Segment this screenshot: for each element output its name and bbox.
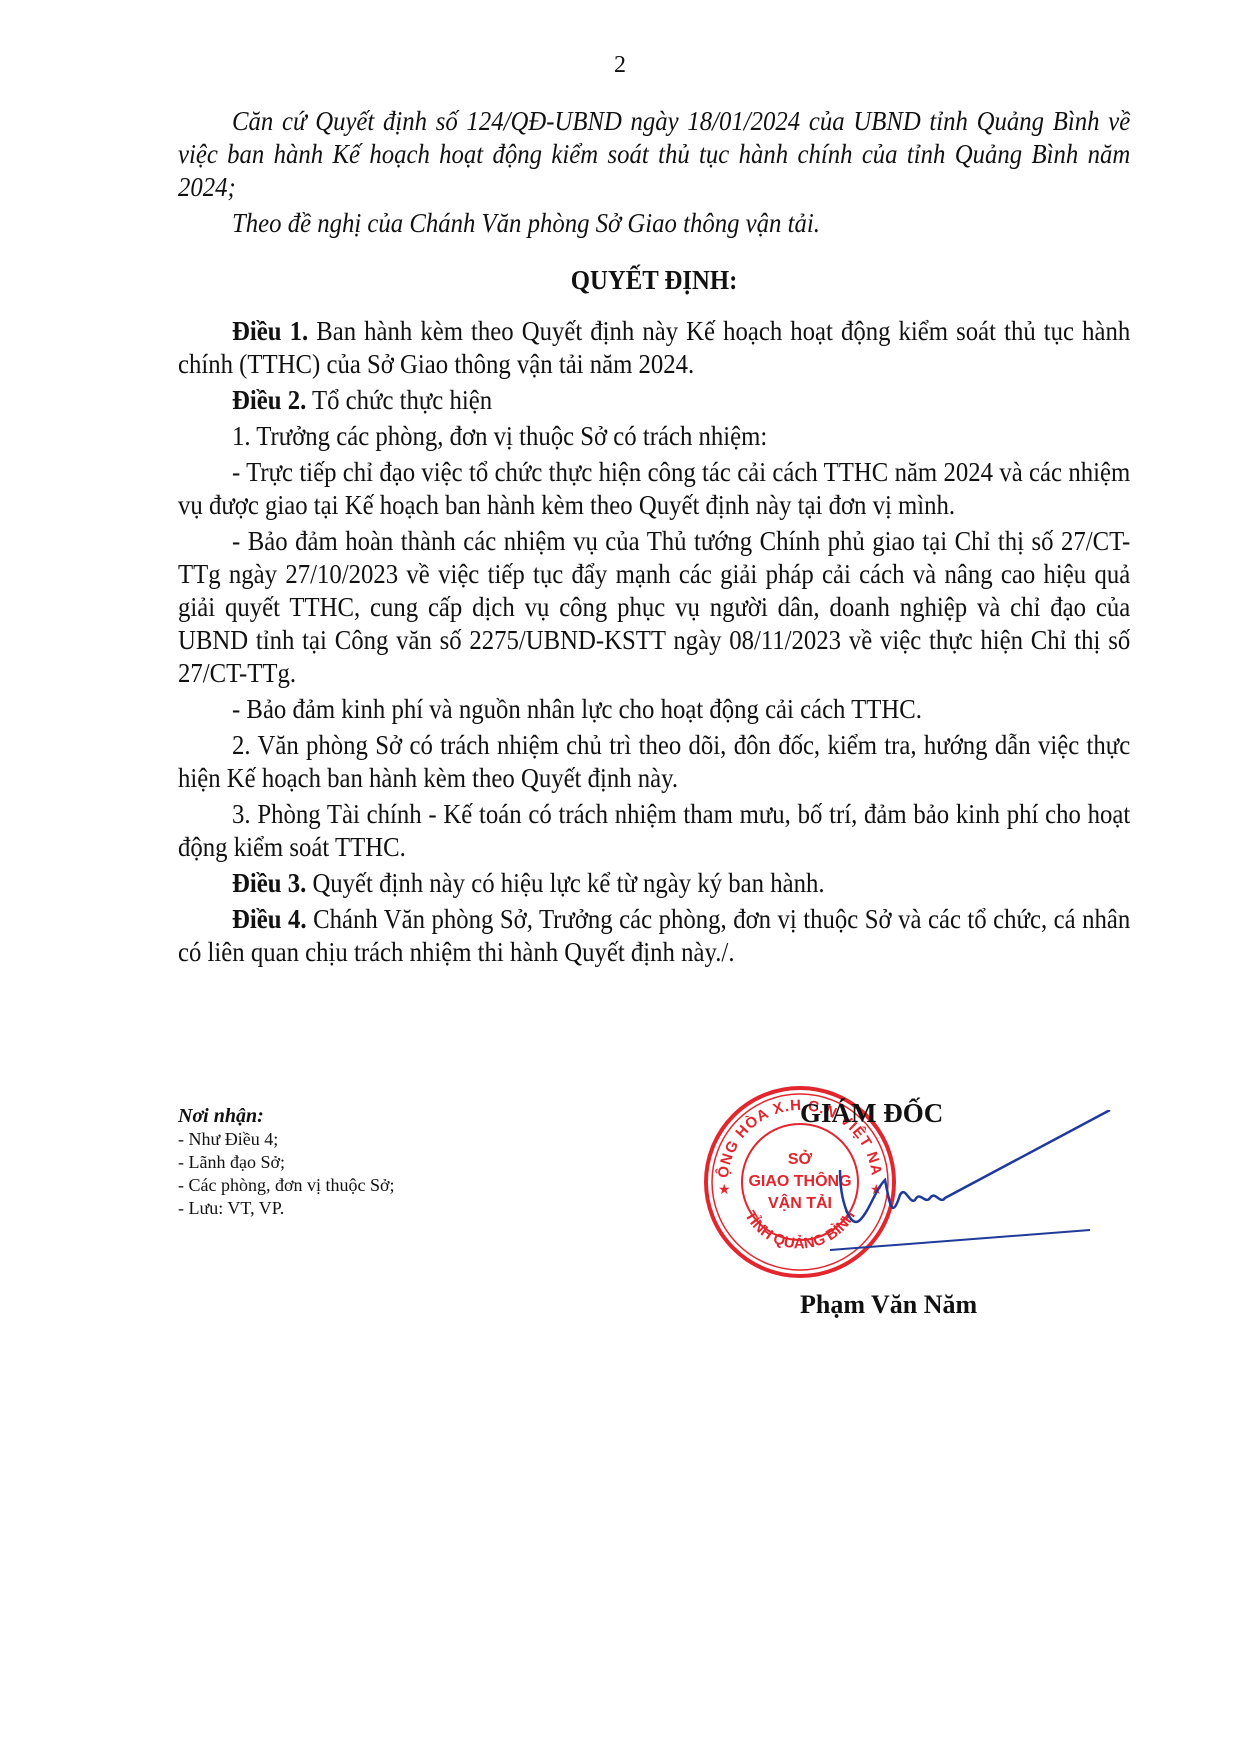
article-2-text: Tổ chức thực hiện bbox=[306, 384, 492, 415]
article-2-item: - Bảo đảm kinh phí và nguồn nhân lực cho… bbox=[178, 692, 1130, 725]
article-2-item: - Trực tiếp chỉ đạo việc tổ chức thực hi… bbox=[178, 455, 1130, 521]
preamble-proposal: Theo đề nghị của Chánh Văn phòng Sở Giao… bbox=[178, 206, 1130, 239]
decision-heading: QUYẾT ĐỊNH: bbox=[178, 263, 1130, 296]
svg-text:★: ★ bbox=[718, 1183, 731, 1198]
recipient-item: - Như Điều 4; bbox=[178, 1128, 395, 1151]
article-3-label: Điều 3. bbox=[232, 867, 306, 898]
article-2: Điều 2. Tổ chức thực hiện bbox=[178, 383, 1130, 416]
article-4-text: Chánh Văn phòng Sở, Trưởng các phòng, đơ… bbox=[178, 903, 1130, 967]
article-4: Điều 4. Chánh Văn phòng Sở, Trưởng các p… bbox=[178, 902, 1130, 968]
article-1-label: Điều 1. bbox=[232, 315, 308, 346]
article-4-label: Điều 4. bbox=[232, 903, 307, 934]
article-3-text: Quyết định này có hiệu lực kể từ ngày ký… bbox=[306, 867, 824, 898]
article-1: Điều 1. Ban hành kèm theo Quyết định này… bbox=[178, 314, 1130, 380]
svg-text:VẬN TẢI: VẬN TẢI bbox=[768, 1193, 832, 1212]
recipients-title: Nơi nhận: bbox=[178, 1105, 395, 1128]
document-body: Căn cứ Quyết định số 124/QĐ-UBND ngày 18… bbox=[178, 104, 1130, 971]
article-2-item: 3. Phòng Tài chính - Kế toán có trách nh… bbox=[178, 797, 1130, 863]
handwritten-signature-icon bbox=[830, 1110, 1130, 1260]
recipients-block: Nơi nhận: - Như Điều 4; - Lãnh đạo Sở; -… bbox=[178, 1105, 395, 1220]
article-1-text: Ban hành kèm theo Quyết định này Kế hoạc… bbox=[178, 315, 1130, 379]
article-2-label: Điều 2. bbox=[232, 384, 306, 415]
article-2-item: 1. Trưởng các phòng, đơn vị thuộc Sở có … bbox=[178, 419, 1130, 452]
recipient-item: - Các phòng, đơn vị thuộc Sở; bbox=[178, 1174, 395, 1197]
recipient-item: - Lãnh đạo Sở; bbox=[178, 1151, 395, 1174]
article-2-item: - Bảo đảm hoàn thành các nhiệm vụ của Th… bbox=[178, 524, 1130, 689]
article-2-item: 2. Văn phòng Sở có trách nhiệm chủ trì t… bbox=[178, 728, 1130, 794]
recipient-item: - Lưu: VT, VP. bbox=[178, 1197, 395, 1220]
signer-name: Phạm Văn Năm bbox=[800, 1290, 977, 1320]
page-number: 2 bbox=[0, 52, 1240, 79]
svg-text:SỞ: SỞ bbox=[788, 1149, 813, 1168]
preamble-basis: Căn cứ Quyết định số 124/QĐ-UBND ngày 18… bbox=[178, 104, 1130, 203]
article-3: Điều 3. Quyết định này có hiệu lực kể từ… bbox=[178, 866, 1130, 899]
